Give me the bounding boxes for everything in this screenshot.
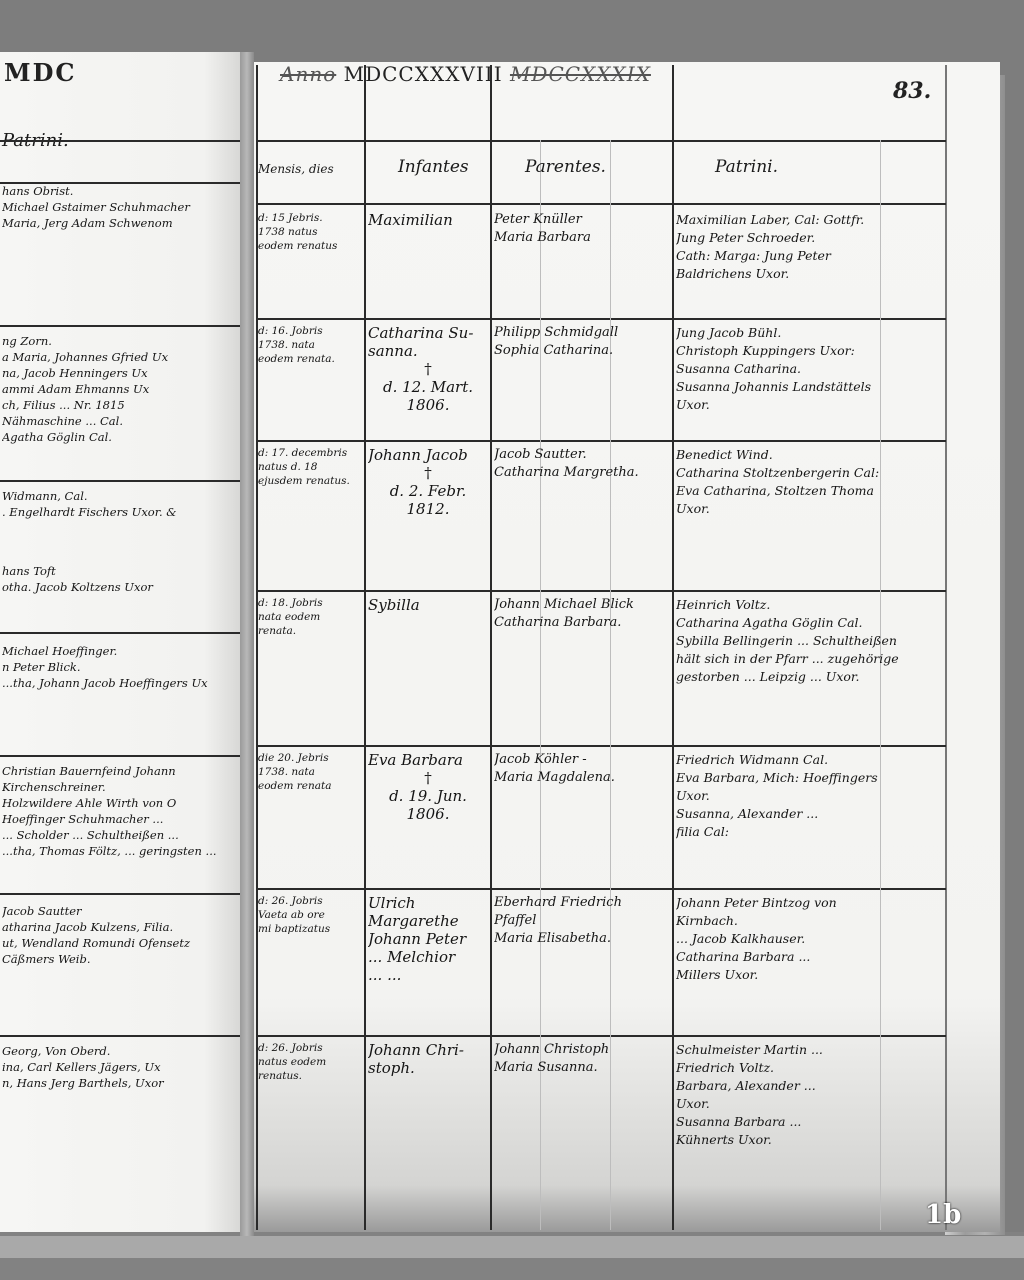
entry-infant: Eva Barbara†d. 19. Jun.1806. [368, 751, 488, 823]
year-heading: Anno MDCCXXXVIII MDCCXXXIX [280, 62, 651, 86]
entry-date: d: 16. Jobris1738. nataeodem renata. [258, 324, 362, 366]
entry-patrini: Benedict Wind.Catharina Stoltzenbergerin… [676, 446, 959, 518]
column-rule [490, 65, 492, 1230]
entry-date: d: 26. Jobrisnatus eodemrenatus. [258, 1041, 362, 1083]
entry-patrini: Friedrich Widmann Cal.Eva Barbara, Mich:… [676, 751, 959, 841]
entry-parents: Philipp SchmidgallSophia Catharina. [494, 324, 670, 360]
year-heading-roman: MDCCXXXVIII [344, 62, 503, 86]
entry-patrini: Schulmeister Martin ...Friedrich Voltz.B… [676, 1041, 959, 1149]
entry-date: d: 18. Jobrisnata eodemrenata. [258, 596, 362, 638]
entry-infant: Maximilian [368, 211, 488, 229]
margin-mark: 1b [925, 1200, 961, 1230]
death-date: d. 12. Mart. [368, 378, 488, 396]
row-rule [256, 1035, 946, 1037]
entry-patrini: Jung Jacob Bühl.Christoph Kuppingers Uxo… [676, 324, 959, 414]
row-rule [256, 888, 946, 890]
column-header-date: Mensis, dies [258, 162, 334, 176]
left-entry-patrini: Widmann, Cal.. Engelhardt Fischers Uxor.… [2, 488, 238, 520]
year-heading-struck: Anno [280, 62, 336, 86]
entry-infant: Johann Jacob†d. 2. Febr. 1812. [368, 446, 488, 518]
entry-parents: Jacob Sautter.Catharina Margretha. [494, 446, 670, 482]
column-header-patrini: Patrini. [715, 157, 778, 177]
left-entry-patrini: Georg, Von Oberd.ina, Carl Kellers Jäger… [2, 1043, 238, 1091]
left-row-rule [0, 893, 240, 895]
header-rule [256, 203, 946, 205]
death-date: 1806. [368, 805, 488, 823]
death-cross-icon: † [368, 360, 488, 378]
book-spine [240, 52, 254, 1237]
left-entry-patrini: hans Obrist.Michael Gstaimer Schuhmacher… [2, 183, 238, 231]
header-rule [256, 140, 946, 142]
entry-date: d: 17. decembrisnatus d. 18ejusdem renat… [258, 446, 362, 488]
death-cross-icon: † [368, 769, 488, 787]
entry-parents: Jacob Köhler -Maria Magdalena. [494, 751, 670, 787]
death-date: d. 2. Febr. 1812. [368, 482, 488, 518]
column-header-infantes: Infantes [398, 157, 469, 177]
left-row-rule [0, 755, 240, 757]
left-page-year-fragment: MDC [4, 58, 76, 87]
row-rule [256, 318, 946, 320]
entry-date: d: 26. JobrisVaeta ab oremi baptizatus [258, 894, 362, 936]
column-header-parentes: Parentes. [525, 157, 606, 177]
death-date: d. 19. Jun. [368, 787, 488, 805]
year-heading-struck-tail: MDCCXXXIX [510, 62, 651, 86]
left-row-rule [0, 140, 240, 142]
left-entry-patrini: Christian Bauernfeind JohannKirchenschre… [2, 763, 238, 859]
death-date: 1806. [368, 396, 488, 414]
left-entry-patrini: ng Zorn.a Maria, Johannes Gfried Uxna, J… [2, 333, 238, 445]
left-entry-patrini: Jacob Sautteratharina Jacob Kulzens, Fil… [2, 903, 238, 967]
entry-parents: Johann Michael BlickCatharina Barbara. [494, 596, 670, 632]
entry-parents: Eberhard FriedrichPfaffelMaria Elisabeth… [494, 894, 670, 948]
entry-infant: UlrichMargaretheJohann Peter... Melchior… [368, 894, 488, 984]
entry-patrini: Maximilian Laber, Cal: Gottfr.Jung Peter… [676, 211, 959, 283]
entry-date: die 20. Jebris1738. nataeodem renata [258, 751, 362, 793]
entry-infant: Sybilla [368, 596, 488, 614]
entry-infant: Johann Chri-stoph. [368, 1041, 488, 1077]
entry-patrini: Heinrich Voltz.Catharina Agatha Göglin C… [676, 596, 959, 686]
left-entry-patrini: hans Toftotha. Jacob Koltzens Uxor [2, 563, 238, 595]
page-bottom-edge [0, 1236, 1024, 1258]
left-row-rule [0, 325, 240, 327]
entry-patrini: Johann Peter Bintzog vonKirnbach.... Jac… [676, 894, 959, 984]
death-cross-icon: † [368, 464, 488, 482]
left-entry-patrini: Michael Hoeffinger.n Peter Blick....tha,… [2, 643, 238, 691]
row-rule [256, 745, 946, 747]
entry-date: d: 15 Jebris.1738 natuseodem renatus [258, 211, 362, 253]
entry-parents: Johann ChristophMaria Susanna. [494, 1041, 670, 1077]
folio-number: 83. [893, 78, 931, 104]
left-row-rule [0, 632, 240, 634]
column-rule [364, 65, 366, 1230]
row-rule [256, 590, 946, 592]
left-row-rule [0, 480, 240, 482]
left-row-rule [0, 1035, 240, 1037]
row-rule [256, 440, 946, 442]
entry-infant: Catharina Su-sanna.†d. 12. Mart.1806. [368, 324, 488, 414]
entry-parents: Peter KnüllerMaria Barbara [494, 211, 670, 247]
column-rule [672, 65, 674, 1230]
